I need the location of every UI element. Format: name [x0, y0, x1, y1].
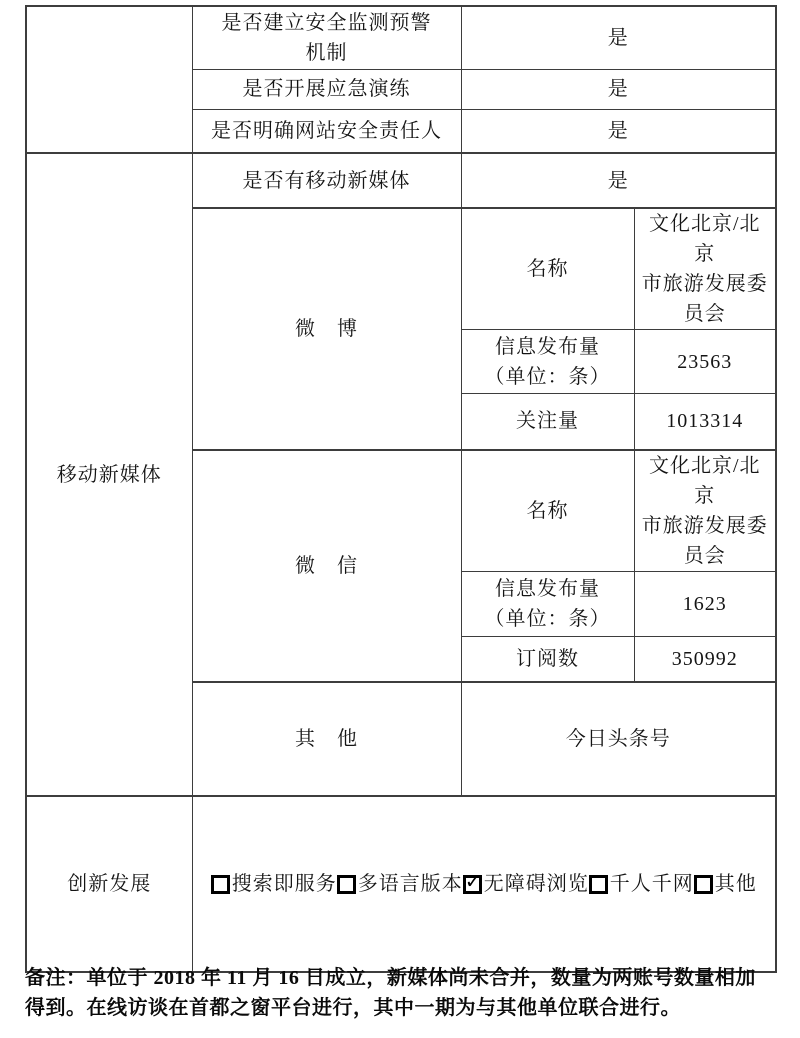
weibo-posts-label: 信息发布量 （单位：条）	[461, 330, 634, 394]
value-line: 员会	[641, 541, 770, 571]
report-page: 是否建立安全监测预警 机制 是 是否开展应急演练 是 是否明确网站安全责任人 是…	[0, 0, 800, 1038]
footnote: 备注：单位于 2018 年 11 月 16 日成立，新媒体尚未合并，数量为两账号…	[25, 963, 787, 1023]
other-platform-value: 今日头条号	[461, 682, 776, 796]
table-row: 是否建立安全监测预警 机制 是	[26, 6, 776, 69]
security-question-label: 是否建立安全监测预警 机制	[192, 6, 461, 69]
weibo-followers-value: 1013314	[634, 394, 776, 450]
innovation-options-cell: 搜索即服务 多语言版本 无障碍浏览 千人千网 其他	[192, 796, 776, 972]
value-line: 市旅游发展委	[641, 269, 770, 299]
has-mobile-media-label: 是否有移动新媒体	[192, 153, 461, 208]
weibo-platform-cell: 微 博	[192, 208, 461, 450]
section-cell-continuation	[26, 6, 192, 153]
wechat-name-label: 名称	[461, 450, 634, 572]
label-line: 信息发布量	[468, 332, 628, 362]
security-question-value: 是	[461, 69, 776, 109]
checkbox-checked-icon[interactable]	[463, 875, 482, 894]
weibo-name-value: 文化北京/北京 市旅游发展委 员会	[634, 208, 776, 330]
footnote-line: 得到。在线访谈在首都之窗平台进行，其中一期为与其他单位联合进行。	[25, 993, 787, 1023]
option-label: 搜索即服务	[232, 869, 337, 899]
option-other[interactable]: 其他	[694, 869, 757, 899]
checkbox-icon[interactable]	[694, 875, 713, 894]
government-website-report-table: 是否建立安全监测预警 机制 是 是否开展应急演练 是 是否明确网站安全责任人 是…	[25, 5, 777, 973]
option-search-as-service[interactable]: 搜索即服务	[211, 869, 337, 899]
wechat-posts-label: 信息发布量 （单位：条）	[461, 571, 634, 636]
wechat-name-value: 文化北京/北京 市旅游发展委 员会	[634, 450, 776, 572]
value-line: 市旅游发展委	[641, 511, 770, 541]
value-line: 员会	[641, 299, 770, 329]
option-multilingual[interactable]: 多语言版本	[337, 869, 463, 899]
has-mobile-media-value: 是	[461, 153, 776, 208]
value-line: 文化北京/北京	[641, 451, 770, 511]
option-label: 无障碍浏览	[484, 869, 589, 899]
weibo-name-label: 名称	[461, 208, 634, 330]
security-question-label: 是否开展应急演练	[192, 69, 461, 109]
table-row: 移动新媒体 是否有移动新媒体 是	[26, 153, 776, 208]
value-line: 文化北京/北京	[641, 209, 770, 269]
option-personalized[interactable]: 千人千网	[589, 869, 694, 899]
checkbox-icon[interactable]	[589, 875, 608, 894]
section-cell-innovation: 创新发展	[26, 796, 192, 972]
option-accessibility[interactable]: 无障碍浏览	[463, 869, 589, 899]
security-question-label: 是否明确网站安全责任人	[192, 109, 461, 153]
checkbox-icon[interactable]	[337, 875, 356, 894]
label-line: （单位：条）	[468, 604, 628, 634]
label-line: （单位：条）	[468, 362, 628, 392]
footnote-line: 备注：单位于 2018 年 11 月 16 日成立，新媒体尚未合并，数量为两账号…	[25, 963, 787, 993]
label-line: 信息发布量	[468, 574, 628, 604]
security-question-value: 是	[461, 109, 776, 153]
other-platform-label: 其 他	[192, 682, 461, 796]
wechat-subscribers-label: 订阅数	[461, 636, 634, 682]
option-label: 千人千网	[610, 869, 694, 899]
label-line: 机制	[199, 38, 455, 68]
section-cell-mobile-media: 移动新媒体	[26, 153, 192, 796]
wechat-platform-cell: 微 信	[192, 450, 461, 683]
table-row: 创新发展 搜索即服务 多语言版本 无障碍浏览 千人千网	[26, 796, 776, 972]
wechat-posts-value: 1623	[634, 571, 776, 636]
checkbox-icon[interactable]	[211, 875, 230, 894]
wechat-subscribers-value: 350992	[634, 636, 776, 682]
weibo-posts-value: 23563	[634, 330, 776, 394]
weibo-followers-label: 关注量	[461, 394, 634, 450]
option-label: 其他	[715, 869, 757, 899]
security-question-value: 是	[461, 6, 776, 69]
innovation-options: 搜索即服务 多语言版本 无障碍浏览 千人千网 其他	[199, 869, 770, 899]
label-line: 是否建立安全监测预警	[199, 8, 455, 38]
option-label: 多语言版本	[358, 869, 463, 899]
